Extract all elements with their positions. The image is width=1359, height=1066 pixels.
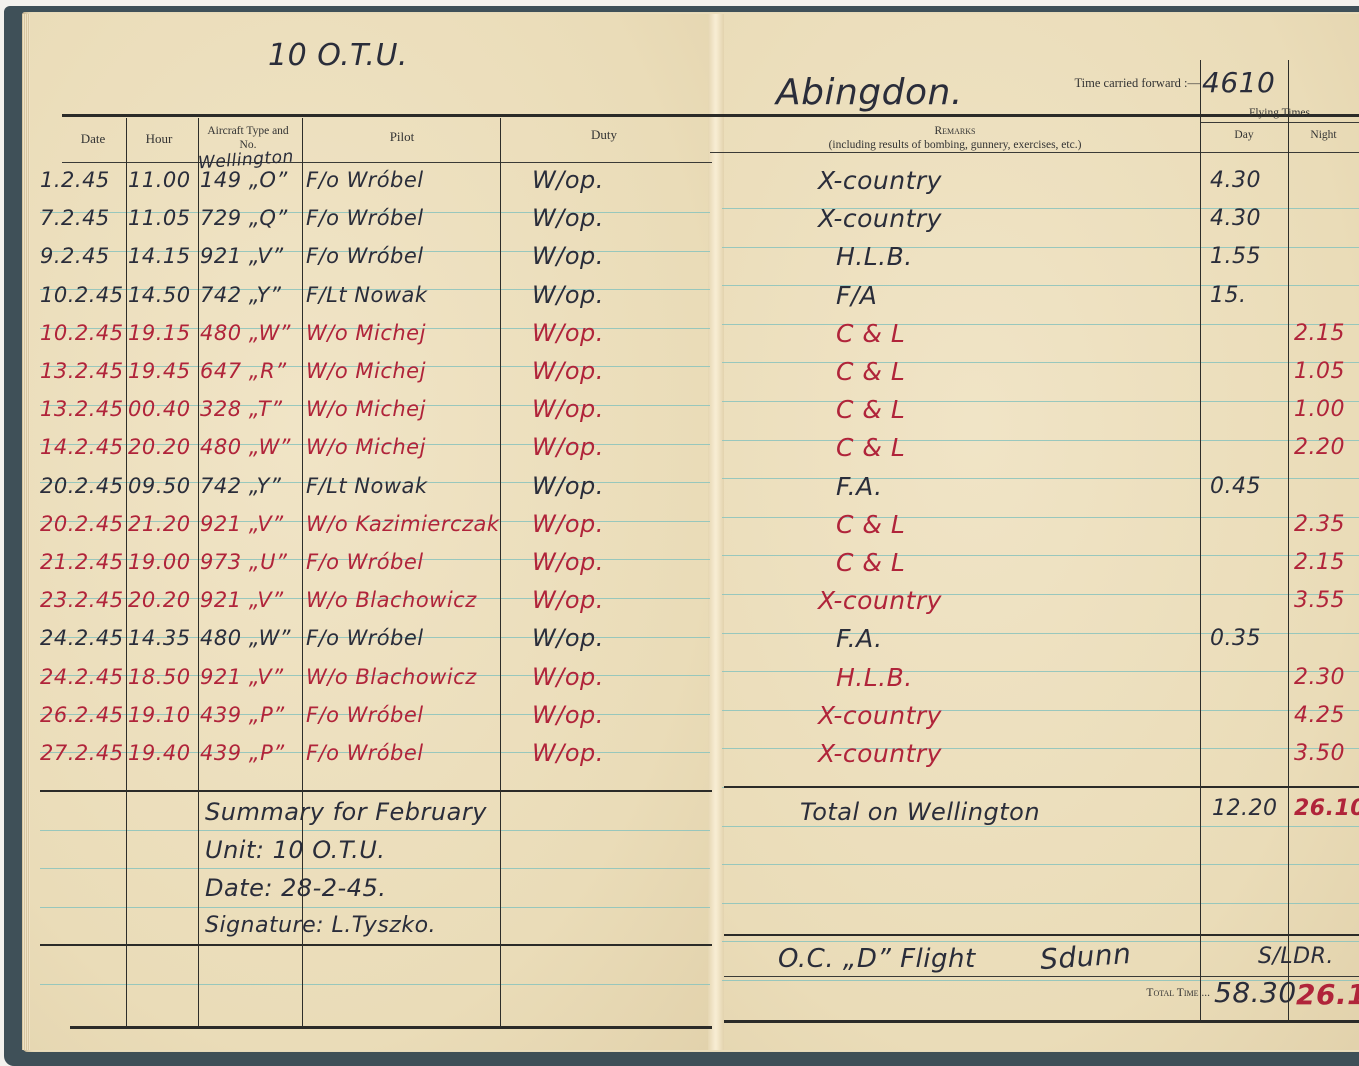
ruled-line xyxy=(40,830,710,831)
entry-aircraft: 921 „V” xyxy=(200,244,284,268)
entry-hour: 09.50 xyxy=(128,474,191,498)
entry-remark: C & L xyxy=(836,548,905,577)
entry-night-time: 2.35 xyxy=(1294,512,1345,537)
entry-date: 26.2.45 xyxy=(40,703,124,727)
entry-date: 13.2.45 xyxy=(40,397,124,421)
entry-hour: 19.40 xyxy=(128,741,191,765)
entry-date: 20.2.45 xyxy=(40,512,124,536)
entry-date: 10.2.45 xyxy=(40,321,124,345)
col-divider-day xyxy=(1200,60,1201,1022)
col-remarks-header: Remarks xyxy=(770,124,1140,138)
entries-end-rule xyxy=(724,786,1359,788)
entry-hour: 00.40 xyxy=(128,397,191,421)
ruled-line xyxy=(40,984,710,985)
entry-date: 13.2.45 xyxy=(40,359,124,383)
entry-duty: W/op. xyxy=(532,397,604,421)
entry-duty: W/op. xyxy=(532,665,604,689)
entry-night-time: 4.25 xyxy=(1294,703,1345,728)
entry-night-time: 1.00 xyxy=(1294,397,1345,422)
entry-pilot: F/o Wróbel xyxy=(306,244,424,268)
entry-duty: W/op. xyxy=(532,244,604,268)
col-date-header: Date xyxy=(62,132,124,146)
flying-times-rule xyxy=(1200,122,1359,123)
entry-night-time: 3.55 xyxy=(1294,588,1345,613)
entry-pilot: W/o Michej xyxy=(306,435,426,459)
entry-day-time: 1.55 xyxy=(1210,244,1261,269)
entry-remark: X-country xyxy=(818,586,942,615)
ruled-line xyxy=(722,401,1359,402)
entry-remark: H.L.B. xyxy=(836,663,913,692)
entry-duty: W/op. xyxy=(532,626,604,650)
col-divider xyxy=(302,118,303,1028)
entry-duty: W/op. xyxy=(532,359,604,383)
entry-duty: W/op. xyxy=(532,435,604,459)
entry-date: 7.2.45 xyxy=(40,206,110,230)
ruled-line xyxy=(722,440,1359,441)
entry-remark: F.A. xyxy=(836,624,883,653)
entry-hour: 18.50 xyxy=(128,665,191,689)
entry-aircraft: 439 „P” xyxy=(200,703,285,727)
entry-pilot: W/o Blachowicz xyxy=(306,588,477,612)
ruled-line xyxy=(40,907,710,908)
entry-remark: F/A xyxy=(836,281,877,310)
entry-duty: W/op. xyxy=(532,168,604,192)
entry-night-time: 3.50 xyxy=(1294,741,1345,766)
summary-date: Date: 28-2-45. xyxy=(205,876,386,900)
entry-duty: W/op. xyxy=(532,321,604,345)
ruled-line xyxy=(722,903,1359,904)
flying-times-header: Flying Times xyxy=(1200,106,1359,120)
entry-hour: 19.00 xyxy=(128,550,191,574)
entry-aircraft: 480 „W” xyxy=(200,626,291,650)
entry-hour: 14.35 xyxy=(128,626,191,650)
entry-date: 21.2.45 xyxy=(40,550,124,574)
ruled-line xyxy=(722,864,1359,865)
entry-aircraft: 742 „Y” xyxy=(200,474,281,498)
entry-hour: 11.00 xyxy=(128,168,191,192)
ruled-line xyxy=(722,555,1359,556)
entry-pilot: W/o Kazimierczak xyxy=(306,512,500,536)
col-night-header: Night xyxy=(1288,128,1359,142)
col-pilot-header: Pilot xyxy=(304,130,500,144)
entry-aircraft: 921 „V” xyxy=(200,512,284,536)
commander-rank: S/LDR. xyxy=(1258,944,1334,969)
entry-date: 24.2.45 xyxy=(40,665,124,689)
entry-duty: W/op. xyxy=(532,741,604,765)
col-divider-night xyxy=(1288,60,1289,1022)
entry-day-time: 4.30 xyxy=(1210,206,1261,231)
entry-aircraft: 480 „W” xyxy=(200,321,291,345)
entry-pilot: W/o Michej xyxy=(306,397,426,421)
entry-night-time: 1.05 xyxy=(1294,359,1345,384)
entry-aircraft: 647 „R” xyxy=(200,359,287,383)
entries-end-rule xyxy=(40,790,712,792)
ruled-line xyxy=(722,671,1359,672)
entry-pilot: W/o Blachowicz xyxy=(306,665,477,689)
entry-date: 24.2.45 xyxy=(40,626,124,650)
entry-hour: 20.20 xyxy=(128,435,191,459)
col-day-header: Day xyxy=(1200,128,1288,142)
ruled-line xyxy=(722,478,1359,479)
total-time-label: Total Time ... xyxy=(1050,986,1210,1000)
entry-pilot: W/o Michej xyxy=(306,359,426,383)
entry-duty: W/op. xyxy=(532,588,604,612)
entry-aircraft: 439 „P” xyxy=(200,741,285,765)
total-time-day: 58.30 xyxy=(1214,976,1297,1009)
ruled-line xyxy=(722,247,1359,248)
certification-text: O.C. „D” Flight xyxy=(778,944,976,974)
entry-hour: 11.05 xyxy=(128,206,191,230)
entry-date: 1.2.45 xyxy=(40,168,110,192)
entry-remark: C & L xyxy=(836,319,905,348)
entry-night-time: 2.15 xyxy=(1294,321,1345,346)
entry-aircraft: 328 „T” xyxy=(200,397,283,421)
entry-hour: 19.45 xyxy=(128,359,191,383)
entry-duty: W/op. xyxy=(532,512,604,536)
unit-heading: 10 O.T.U. xyxy=(268,38,408,73)
entry-date: 27.2.45 xyxy=(40,741,124,765)
ruled-line xyxy=(722,633,1359,634)
col-remarks-subheader: (including results of bombing, gunnery, … xyxy=(770,138,1140,152)
entry-duty: W/op. xyxy=(532,206,604,230)
certification-top-rule xyxy=(724,934,1359,936)
col-divider xyxy=(500,118,501,1028)
entry-aircraft: 729 „Q” xyxy=(200,206,288,230)
entry-hour: 14.15 xyxy=(128,244,191,268)
entry-aircraft: 742 „Y” xyxy=(200,283,281,307)
entry-remark: C & L xyxy=(836,357,905,386)
entry-aircraft: 921 „V” xyxy=(200,588,284,612)
ruled-line xyxy=(722,324,1359,325)
entry-remark: X-country xyxy=(818,739,942,768)
entry-duty: W/op. xyxy=(532,703,604,727)
ruled-line xyxy=(40,868,710,869)
entry-hour: 21.20 xyxy=(128,512,191,536)
total-time-night: 26.1 xyxy=(1296,978,1359,1011)
entry-remark: C & L xyxy=(836,395,905,424)
right-page xyxy=(720,14,1359,1050)
entry-night-time: 2.20 xyxy=(1294,435,1345,460)
header-bottom-rule xyxy=(710,152,1359,153)
entry-pilot: F/Lt Nowak xyxy=(306,474,428,498)
ruled-line xyxy=(722,517,1359,518)
entry-date: 14.2.45 xyxy=(40,435,124,459)
entry-pilot: F/o Wróbel xyxy=(306,206,424,230)
entry-date: 23.2.45 xyxy=(40,588,124,612)
entry-day-time: 4.30 xyxy=(1210,168,1261,193)
total-on-type-night: 26.10 xyxy=(1294,796,1359,821)
summary-end-rule xyxy=(40,944,712,946)
entry-date: 20.2.45 xyxy=(40,474,124,498)
entry-pilot: W/o Michej xyxy=(306,321,426,345)
entry-remark: X-country xyxy=(818,701,942,730)
entry-duty: W/op. xyxy=(532,474,604,498)
ruled-line xyxy=(722,362,1359,363)
total-on-type-day: 12.20 xyxy=(1212,796,1277,821)
entry-day-time: 0.35 xyxy=(1210,626,1261,651)
commander-signature: Sdunn xyxy=(1039,937,1132,976)
page-bottom-rule xyxy=(724,1020,1359,1023)
col-divider xyxy=(198,118,199,1028)
summary-unit: Unit: 10 O.T.U. xyxy=(205,838,385,862)
entry-aircraft: 149 „O” xyxy=(200,168,288,192)
entry-pilot: F/Lt Nowak xyxy=(306,283,428,307)
time-carried-forward-value: 4610 xyxy=(1202,66,1275,99)
header-bottom-rule xyxy=(62,162,712,163)
entry-hour: 14.50 xyxy=(128,283,191,307)
entry-night-time: 2.30 xyxy=(1294,665,1345,690)
entry-hour: 20.20 xyxy=(128,588,191,612)
entry-duty: W/op. xyxy=(532,283,604,307)
entry-aircraft: 480 „W” xyxy=(200,435,291,459)
entry-date: 9.2.45 xyxy=(40,244,110,268)
entry-pilot: F/o Wróbel xyxy=(306,550,424,574)
total-on-type-label: Total on Wellington xyxy=(800,798,1040,826)
entry-day-time: 0.45 xyxy=(1210,474,1261,499)
time-carried-forward-label: Time carried forward :— xyxy=(1040,76,1200,90)
entry-pilot: F/o Wróbel xyxy=(306,626,424,650)
entry-pilot: F/o Wróbel xyxy=(306,741,424,765)
summary-signature: Signature: L.Tyszko. xyxy=(205,914,436,938)
entry-hour: 19.15 xyxy=(128,321,191,345)
page-bottom-rule xyxy=(70,1026,712,1029)
header-top-rule xyxy=(62,114,712,117)
entry-remark: X-country xyxy=(818,166,942,195)
entry-remark: X-country xyxy=(818,204,942,233)
station-name: Abingdon. xyxy=(776,72,963,113)
entry-date: 10.2.45 xyxy=(40,283,124,307)
entry-remark: H.L.B. xyxy=(836,242,913,271)
entry-pilot: F/o Wróbel xyxy=(306,168,424,192)
col-divider xyxy=(126,118,127,1028)
entry-aircraft: 973 „U” xyxy=(200,550,287,574)
col-duty-header: Duty xyxy=(500,128,708,142)
book-gutter xyxy=(708,14,724,1050)
entry-day-time: 15. xyxy=(1210,283,1247,308)
entry-remark: C & L xyxy=(836,433,905,462)
entry-duty: W/op. xyxy=(532,550,604,574)
entry-remark: C & L xyxy=(836,510,905,539)
page-edges xyxy=(22,14,30,1050)
ruled-line xyxy=(722,285,1359,286)
entry-remark: F.A. xyxy=(836,472,883,501)
entry-aircraft: 921 „V” xyxy=(200,665,284,689)
summary-title: Summary for February xyxy=(205,800,487,824)
col-hour-header: Hour xyxy=(126,132,192,146)
entry-hour: 19.10 xyxy=(128,703,191,727)
entry-night-time: 2.15 xyxy=(1294,550,1345,575)
entry-pilot: F/o Wróbel xyxy=(306,703,424,727)
